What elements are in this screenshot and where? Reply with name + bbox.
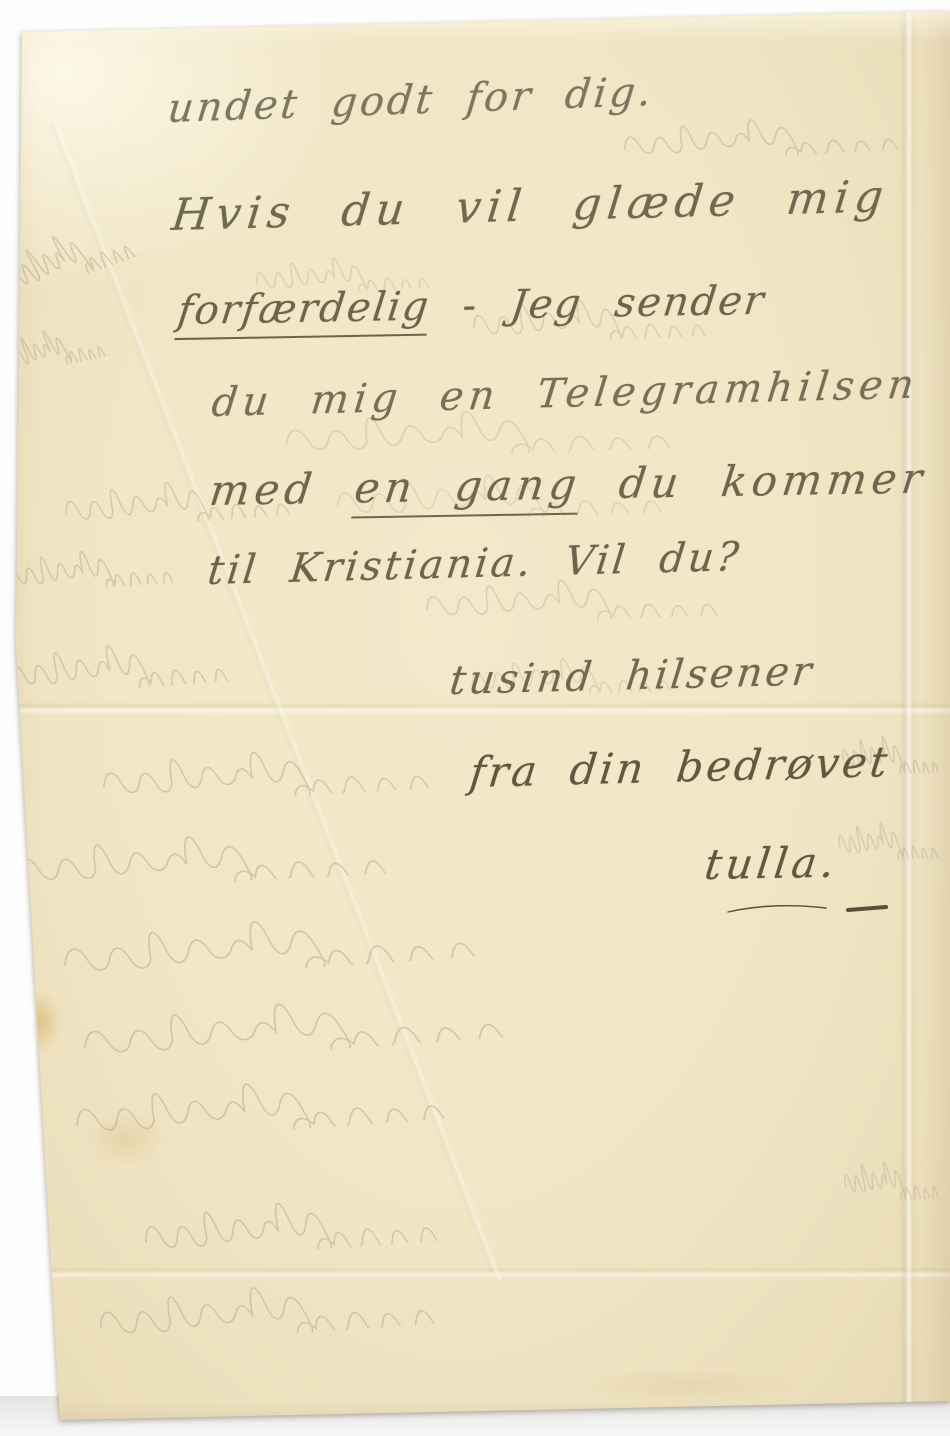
letter-text: du kommer: [578, 453, 930, 508]
letter-line-9: tulla.: [702, 838, 841, 889]
bleedthrough-line: [2, 811, 447, 893]
scanned-letter: undet godt for dig.Hvis du vil glæde mig…: [0, 0, 950, 1436]
letter-text: - Jeg sender: [427, 278, 768, 330]
bleedthrough-line: [0, 198, 154, 298]
letter-line-5: med en gang du kommer: [207, 453, 930, 515]
signature-flourish-icon: [722, 900, 894, 920]
bleedthrough-line: [47, 889, 544, 985]
paper-stain: [14, 990, 62, 1054]
bleedthrough-line: [830, 810, 950, 862]
bleedthrough-line: [612, 100, 944, 164]
letter-text: Hvis du vil glæde mig: [169, 171, 892, 241]
bleedthrough-line: [836, 1148, 950, 1201]
letter-text: tusind hilsener: [447, 648, 816, 704]
paper-stain: [580, 1368, 800, 1402]
letter-line-1: undet godt for dig.: [166, 69, 657, 132]
bleedthrough-line: [89, 728, 484, 805]
bleedthrough-line: [130, 1177, 487, 1262]
letter-text: fra din bedrøvet: [467, 737, 893, 797]
underlined-word: forfærdelig: [174, 284, 432, 341]
underlined-word: en gang: [351, 459, 584, 518]
letter-text: tulla.: [702, 838, 841, 889]
bleedthrough-line: [0, 624, 264, 696]
letter-line-7: tusind hilsener: [447, 648, 816, 704]
letter-paper-shadow: undet godt for dig.Hvis du vil glæde mig…: [0, 0, 950, 1436]
bleedthrough-line: [0, 308, 121, 376]
letter-line-2: Hvis du vil glæde mig: [169, 171, 892, 241]
letter-text: med: [207, 463, 358, 515]
letter-text: undet godt for dig.: [166, 69, 657, 132]
letter-paper: undet godt for dig.Hvis du vil glæde mig…: [0, 0, 950, 1436]
bleedthrough-line: [84, 1259, 491, 1347]
letter-text: du mig en Telegramhilsen: [209, 361, 921, 426]
bleedthrough-line: [67, 971, 573, 1066]
bleedthrough-line: [0, 534, 201, 594]
letter-line-4: du mig en Telegramhilsen: [209, 361, 921, 426]
letter-line-8: fra din bedrøvet: [467, 737, 893, 797]
